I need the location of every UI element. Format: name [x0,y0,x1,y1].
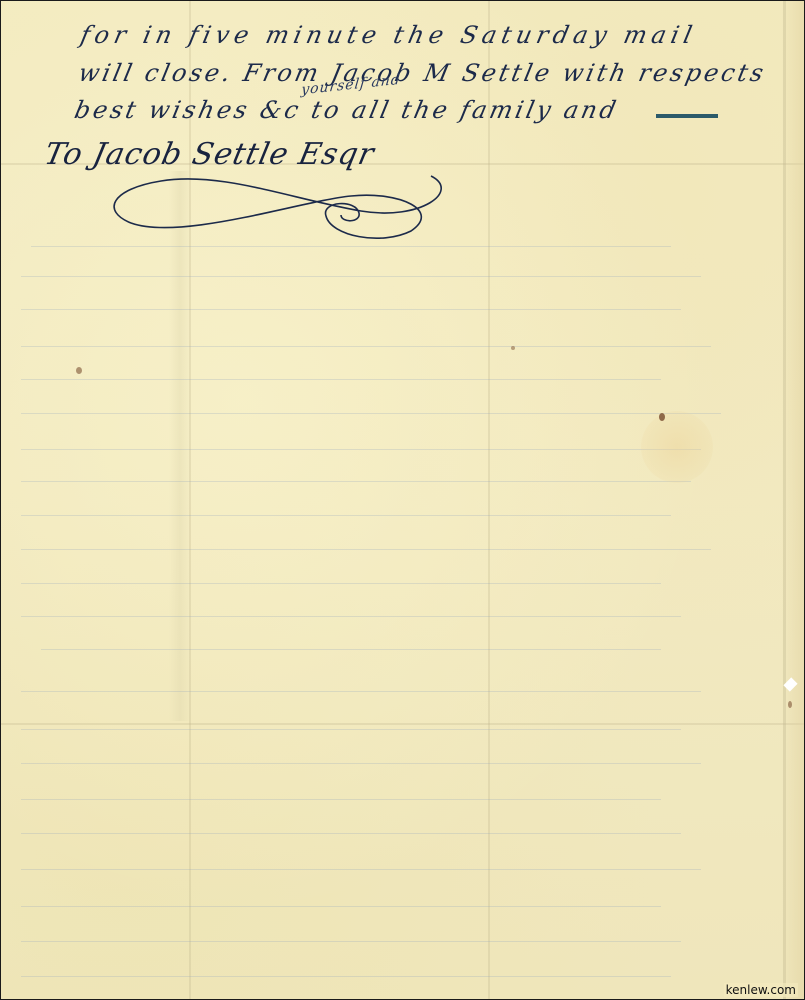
strikethrough-mark [656,114,718,118]
letter-page: for in five minute the Saturday mail wil… [0,0,805,1000]
fold-line-horizontal-bottom [1,723,805,725]
ink-spot [76,367,82,374]
address-flourish-icon [101,151,461,251]
postscript-line-3: best wishes &c to all the family and [72,96,621,124]
watermark: kenlew.com [724,983,798,997]
postscript-line-2: will close. From Jacob M Settle with res… [76,59,769,87]
fold-line-vertical-center [488,1,490,1000]
foxing-stain [641,411,713,483]
fold-shadow [169,171,191,721]
ink-spot [659,413,665,421]
ink-spot [788,701,792,708]
postscript-line-1: for in five minute the Saturday mail [78,21,699,49]
page-edge-shade [782,1,804,1000]
ink-spot [511,346,515,350]
